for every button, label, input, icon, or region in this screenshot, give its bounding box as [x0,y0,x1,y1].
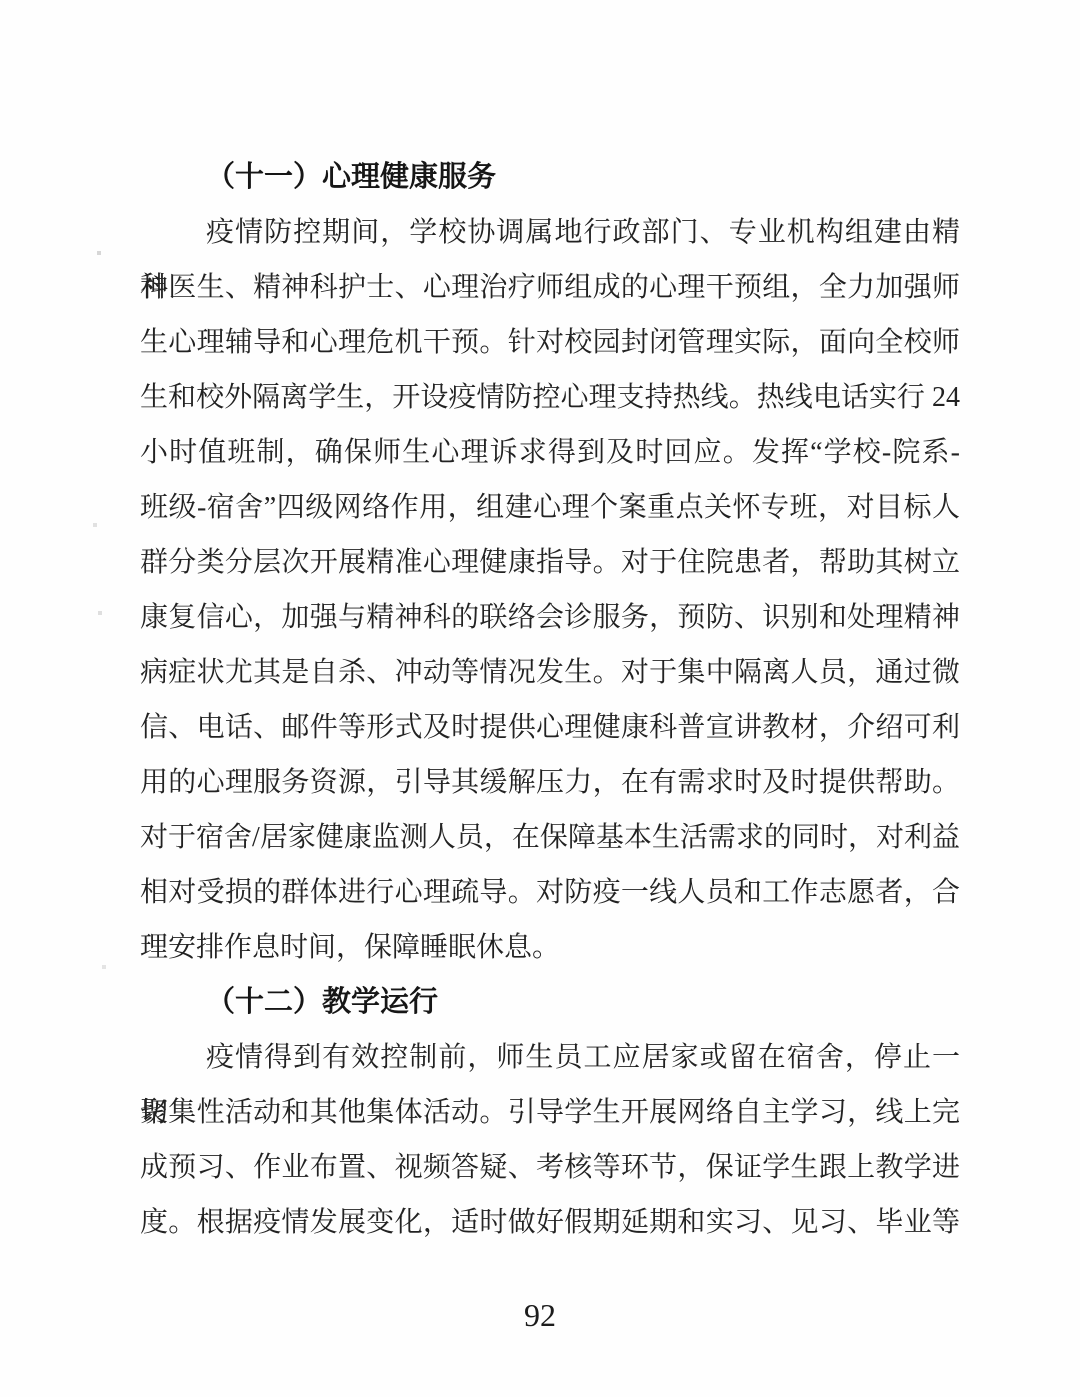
page-number: 92 [0,1288,1080,1343]
text-line: 对于宿舍/居家健康监测人员，在保障基本生活需求的同时，对利益 [140,810,960,865]
text-line: 理安排作息时间，保障睡眠休息。 [140,920,960,975]
text-line: 聚集性活动和其他集体活动。引导学生开展网络自主学习，线上完 [140,1085,960,1140]
text-line: 康复信心，加强与精神科的联络会诊服务，预防、识别和处理精神 [140,590,960,645]
text-line: 群分类分层次开展精准心理健康指导。对于住院患者，帮助其树立 [140,535,960,590]
scan-artifacts [0,0,2,2]
text-line: 科医生、精神科护士、心理治疗师组成的心理干预组，全力加强师 [140,260,960,315]
text-line: 相对受损的群体进行心理疏导。对防疫一线人员和工作志愿者，合 [140,865,960,920]
text-line: 用的心理服务资源，引导其缓解压力，在有需求时及时提供帮助。 [140,755,960,810]
text-line: 小时值班制，确保师生心理诉求得到及时回应。发挥“学校-院系- [140,425,960,480]
text-line: 生心理辅导和心理危机干预。针对校园封闭管理实际，面向全校师 [140,315,960,370]
section-heading-12: （十二）教学运行 [140,975,960,1030]
document-page: （十一）心理健康服务 疫情防控期间，学校协调属地行政部门、专业机构组建由精神 科… [0,0,1080,1397]
document-body: （十一）心理健康服务 疫情防控期间，学校协调属地行政部门、专业机构组建由精神 科… [140,150,960,1250]
paragraph-psych-services: 疫情防控期间，学校协调属地行政部门、专业机构组建由精神 科医生、精神科护士、心理… [140,205,960,975]
text-line: 信、电话、邮件等形式及时提供心理健康科普宣讲教材，介绍可利 [140,700,960,755]
text-line: 生和校外隔离学生，开设疫情防控心理支持热线。热线电话实行 24 [140,370,960,425]
paragraph-teaching-operation: 疫情得到有效控制前，师生员工应居家或留在宿舍，停止一切 聚集性活动和其他集体活动… [140,1030,960,1250]
section-heading-11: （十一）心理健康服务 [140,150,960,205]
text-line: 成预习、作业布置、视频答疑、考核等环节，保证学生跟上教学进 [140,1140,960,1195]
text-line: 班级-宿舍”四级网络作用，组建心理个案重点关怀专班，对目标人 [140,480,960,535]
text-line: 度。根据疫情发展变化，适时做好假期延期和实习、见习、毕业等 [140,1195,960,1250]
text-line: 病症状尤其是自杀、冲动等情况发生。对于集中隔离人员，通过微 [140,645,960,700]
text-line: 疫情得到有效控制前，师生员工应居家或留在宿舍，停止一切 [140,1030,960,1085]
text-line: 疫情防控期间，学校协调属地行政部门、专业机构组建由精神 [140,205,960,260]
